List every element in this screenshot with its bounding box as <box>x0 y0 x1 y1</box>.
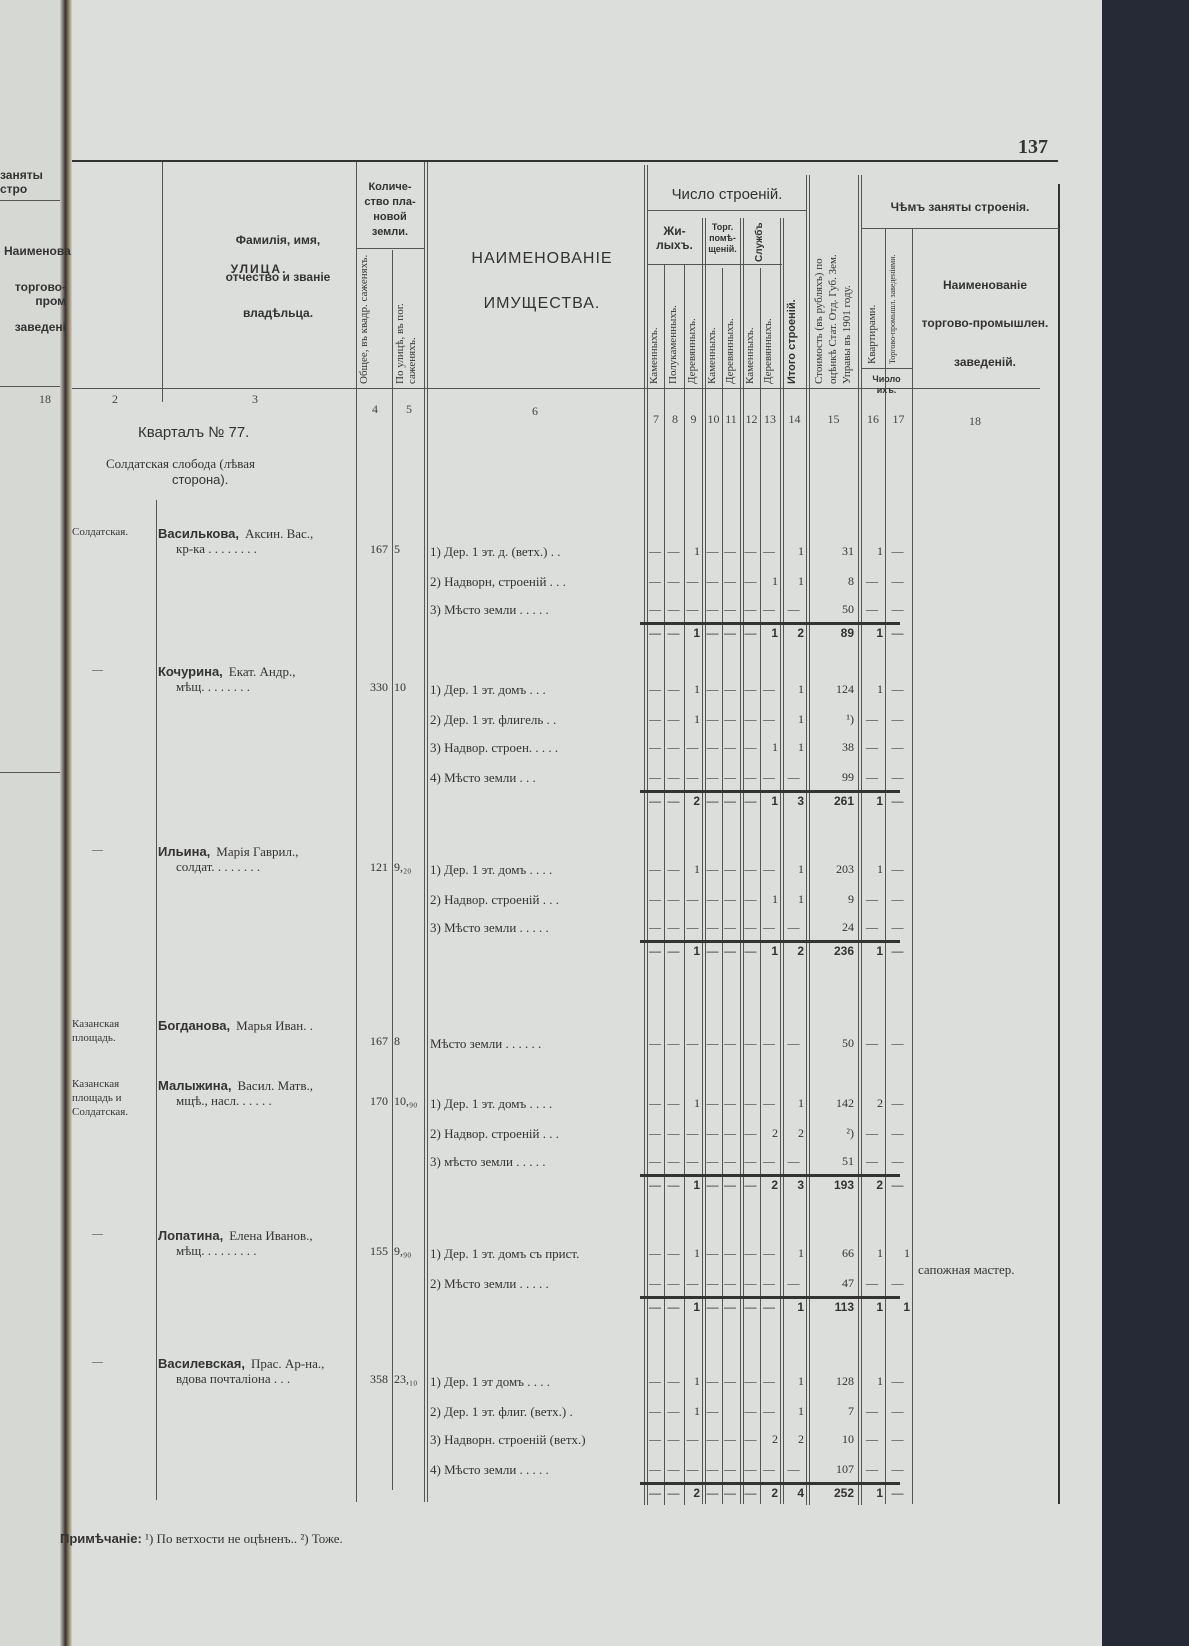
header-count-line: Чиоло <box>861 374 912 385</box>
street-name: — <box>92 844 103 856</box>
value-cell: — <box>861 1432 883 1447</box>
value-cell: 8 <box>809 574 854 589</box>
col-line <box>427 162 428 1502</box>
value-cell: — <box>665 862 682 877</box>
value-cell: — <box>665 920 682 935</box>
value-cell: — <box>685 740 700 755</box>
value-cell: — <box>705 920 720 935</box>
value-cell: — <box>885 682 910 697</box>
total-cell: — <box>665 944 682 958</box>
value-cell: — <box>685 1276 700 1291</box>
value-cell: 24 <box>809 920 854 935</box>
page-number: 137 <box>1018 136 1048 159</box>
total-cell: — <box>665 1486 682 1500</box>
value-cell: — <box>861 892 883 907</box>
left-col-fragment-3: заведені <box>4 320 66 334</box>
value-cell: — <box>743 682 758 697</box>
header-trade-name-1: Наименованіе <box>912 278 1058 292</box>
value-cell: — <box>885 1036 910 1051</box>
value-cell: 1 <box>760 892 778 907</box>
value-cell: — <box>685 1432 700 1447</box>
total-rule <box>640 790 900 793</box>
total-cell: 252 <box>809 1486 854 1500</box>
value-cell: 1 <box>783 574 804 589</box>
property-item: 2) Мѣсто земли . . . . . <box>430 1276 549 1292</box>
col-line <box>858 175 859 1505</box>
value-cell: — <box>861 602 883 617</box>
value-cell: — <box>743 1374 758 1389</box>
total-cell: 1 <box>685 944 700 958</box>
left-col-fragment-2: торгово-пром <box>0 280 66 308</box>
value-cell: 1 <box>783 862 804 877</box>
total-cell: 2 <box>760 1486 778 1500</box>
value-cell: — <box>705 602 720 617</box>
header-land-group: Количе- ство пла- новой земли. <box>356 180 424 240</box>
col-line <box>424 162 425 1502</box>
value-cell: — <box>743 862 758 877</box>
owner-surname: Василькова, <box>158 526 239 541</box>
total-cell: — <box>648 794 662 808</box>
value-cell: — <box>760 862 778 877</box>
header-trade-estab: Торгово-промышл. заведеніями. <box>888 254 897 364</box>
owner-surname: Богданова, <box>158 1018 230 1033</box>
value-cell: 38 <box>809 740 854 755</box>
value-cell: 1 <box>861 682 883 697</box>
header-wooden-res: Деревянныхъ. <box>686 318 698 384</box>
value-cell: — <box>648 1126 662 1141</box>
col-number: 7 <box>648 412 664 427</box>
street-name: Солдатская. <box>72 526 128 538</box>
total-cell: — <box>648 626 662 640</box>
value-cell: 1 <box>760 740 778 755</box>
land-street: 8 <box>394 1034 424 1049</box>
total-cell: 2 <box>685 1486 700 1500</box>
owner-given-names: Прас. Ар-на., <box>251 1356 324 1371</box>
header-total-buildings: Итого строеній. <box>786 299 798 384</box>
total-cell: — <box>743 1300 758 1314</box>
section-subtitle-2: сторона). <box>172 472 228 487</box>
value-cell: 1 <box>685 712 700 727</box>
total-rule <box>640 1174 900 1177</box>
value-cell: — <box>705 770 720 785</box>
street-name: — <box>92 1228 103 1240</box>
value-cell: — <box>648 544 662 559</box>
value-cell: 2 <box>861 1096 883 1111</box>
total-cell: 2 <box>783 626 804 640</box>
land-street: 9,₂₀ <box>394 860 424 875</box>
land-total: 358 <box>356 1372 388 1387</box>
value-cell: — <box>760 682 778 697</box>
header-property-2: ИМУЩЕСТВА. <box>440 295 644 313</box>
value-cell: — <box>760 920 778 935</box>
total-rule <box>640 1296 900 1299</box>
value-cell: — <box>760 1036 778 1051</box>
col-line <box>356 162 357 1502</box>
total-cell: 1 <box>885 1300 910 1314</box>
land-total: 330 <box>356 680 388 695</box>
total-cell: 1 <box>861 1486 883 1500</box>
total-cell: 1 <box>861 626 883 640</box>
left-col-fragment-1: Наименова <box>4 244 66 258</box>
property-item: 1) Дер. 1 эт. домъ съ прист. <box>430 1246 579 1262</box>
value-cell: — <box>885 770 910 785</box>
total-cell: 3 <box>783 1178 804 1192</box>
land-street: 10,₉₀ <box>394 1094 424 1109</box>
total-cell: 1 <box>861 944 883 958</box>
total-cell: — <box>743 1486 758 1500</box>
col-number: 6 <box>520 404 550 419</box>
value-cell: — <box>722 1374 738 1389</box>
value-cell: — <box>861 1036 883 1051</box>
header-owner-1: Фамилія, имя, <box>200 233 356 247</box>
value-cell: 1 <box>685 1374 700 1389</box>
total-rule <box>640 622 900 625</box>
value-cell: — <box>705 862 720 877</box>
property-item: 2) Дер. 1 эт. флигель . . <box>430 712 556 728</box>
section-subtitle-1: Солдатская слобода (лѣвая <box>106 456 255 472</box>
total-cell: 2 <box>760 1178 778 1192</box>
total-cell: — <box>743 944 758 958</box>
value-cell: — <box>783 602 804 617</box>
total-cell: — <box>665 1178 682 1192</box>
total-cell: — <box>885 794 910 808</box>
owner-surname: Кочурина, <box>158 664 223 679</box>
total-cell: 1 <box>685 1178 700 1192</box>
header-land-line: ство пла- <box>356 195 424 210</box>
value-cell: — <box>722 712 738 727</box>
value-cell: — <box>705 1432 720 1447</box>
value-cell: — <box>665 740 682 755</box>
value-cell: — <box>665 1154 682 1169</box>
value-cell: 10 <box>809 1432 854 1447</box>
total-cell: — <box>743 794 758 808</box>
header-residential-line: лыхъ. <box>647 238 702 252</box>
col-number: 12 <box>743 412 760 427</box>
total-cell: 193 <box>809 1178 854 1192</box>
owner-surname: Малыжина, <box>158 1078 231 1093</box>
value-cell: 50 <box>809 1036 854 1051</box>
property-item: 2) Надвор. строеній . . . <box>430 1126 559 1142</box>
owner-given-names: Аксин. Вас., <box>245 526 313 541</box>
value-cell: — <box>665 1276 682 1291</box>
value-cell: — <box>783 1462 804 1477</box>
header-halfstone-res: Полукаменныхъ. <box>667 305 679 384</box>
value-cell: — <box>665 1404 682 1419</box>
value-cell: — <box>743 892 758 907</box>
total-cell: 1 <box>861 794 883 808</box>
street-name: Казанская <box>72 1018 119 1030</box>
owner-given-names: Марія Гаврил., <box>216 844 298 859</box>
value-cell: — <box>705 1154 720 1169</box>
header-occupied-group: Чѣмъ заняты строенія. <box>861 200 1059 214</box>
value-cell: 107 <box>809 1462 854 1477</box>
land-street: 9,₉₀ <box>394 1244 424 1259</box>
value-cell: — <box>685 892 700 907</box>
value-cell: 128 <box>809 1374 854 1389</box>
section-title: Кварталъ № 77. <box>138 424 249 441</box>
total-cell: 1 <box>685 626 700 640</box>
value-cell: 1 <box>783 1246 804 1261</box>
header-property-1: НАИМЕНОВАНІЕ <box>440 250 644 268</box>
col-line <box>780 218 781 1504</box>
divider <box>0 200 60 201</box>
value-cell: — <box>722 862 738 877</box>
value-cell: — <box>722 1432 738 1447</box>
value-cell: 1 <box>685 862 700 877</box>
value-cell: — <box>861 712 883 727</box>
total-cell: — <box>705 794 720 808</box>
value-cell: — <box>885 862 910 877</box>
header-value-line: Управы въ 1901 году. <box>840 254 854 384</box>
header-value-line: оцѣнкѣ Стат. Отд. Губ. Зем. <box>826 254 840 384</box>
value-cell: — <box>665 574 682 589</box>
value-cell: — <box>760 770 778 785</box>
value-cell: — <box>705 740 720 755</box>
value-cell: — <box>665 1462 682 1477</box>
divider <box>647 210 807 211</box>
value-cell: — <box>685 920 700 935</box>
value-cell: — <box>685 770 700 785</box>
divider <box>647 264 782 265</box>
value-cell: — <box>760 1276 778 1291</box>
value-cell: 124 <box>809 682 854 697</box>
owner-rank: кр-ка . . . . . . . . <box>176 541 257 557</box>
header-residential-line: Жи- <box>647 224 702 238</box>
value-cell: 1 <box>783 1404 804 1419</box>
value-cell: — <box>648 602 662 617</box>
total-cell: — <box>885 1178 910 1192</box>
value-cell: — <box>665 892 682 907</box>
owner-rank: солдат. . . . . . . . <box>176 859 260 875</box>
property-item: 3) Мѣсто земли . . . . . <box>430 602 549 618</box>
value-cell: — <box>885 1432 910 1447</box>
header-land-line: новой <box>356 210 424 225</box>
header-land-line: Количе- <box>356 180 424 195</box>
total-cell: — <box>648 1300 662 1314</box>
value-cell: — <box>705 682 720 697</box>
header-value: Стоимость (въ рубляхъ) по оцѣнкѣ Стат. О… <box>812 254 854 384</box>
total-cell: 2 <box>685 794 700 808</box>
value-cell: — <box>885 920 910 935</box>
value-cell: — <box>665 1432 682 1447</box>
value-cell: — <box>648 1246 662 1261</box>
value-cell: — <box>722 1462 738 1477</box>
value-cell: — <box>743 1462 758 1477</box>
value-cell: — <box>885 1374 910 1389</box>
value-cell: — <box>760 1154 778 1169</box>
street-name: Солдатская. <box>72 1106 128 1118</box>
owner-rank: мѣщ. . . . . . . . <box>176 679 250 695</box>
value-cell: — <box>885 544 910 559</box>
value-cell: — <box>760 602 778 617</box>
value-cell: — <box>743 920 758 935</box>
col-line <box>806 175 807 1505</box>
value-cell: — <box>648 1096 662 1111</box>
value-cell: — <box>885 740 910 755</box>
value-cell: 2 <box>760 1432 778 1447</box>
land-street: 23,₁₀ <box>394 1372 424 1387</box>
land-total: 170 <box>356 1094 388 1109</box>
value-cell: — <box>705 1374 720 1389</box>
value-cell: 2 <box>783 1432 804 1447</box>
property-item: 3) Надвор. строен. . . . . <box>430 740 558 756</box>
header-wooden-svc: Деревянныхъ. <box>762 318 774 384</box>
table-top-border <box>72 160 1058 162</box>
col-line <box>644 165 645 1505</box>
value-cell: 66 <box>809 1246 854 1261</box>
value-cell: 1 <box>861 1374 883 1389</box>
total-cell: — <box>648 944 662 958</box>
property-item: 1) Дер. 1 эт. домъ . . . . <box>430 1096 552 1112</box>
col-number: 15 <box>809 412 858 427</box>
value-cell: — <box>885 574 910 589</box>
value-cell: — <box>648 892 662 907</box>
total-cell: — <box>722 1300 738 1314</box>
value-cell: — <box>648 1374 662 1389</box>
value-cell: — <box>685 1036 700 1051</box>
value-cell: 1 <box>685 544 700 559</box>
value-cell: — <box>885 1096 910 1111</box>
total-cell: — <box>705 1178 720 1192</box>
land-total: 167 <box>356 542 388 557</box>
value-cell: — <box>665 712 682 727</box>
property-item: 1) Дер. 1 эт. домъ . . . . <box>430 862 552 878</box>
header-count-line: ихъ. <box>861 385 912 396</box>
street-name: — <box>92 664 103 676</box>
col-number: 11 <box>722 412 740 427</box>
col-line <box>684 265 685 1505</box>
value-cell: — <box>722 892 738 907</box>
value-cell: — <box>743 1432 758 1447</box>
col-number: 5 <box>394 402 424 417</box>
value-cell: — <box>705 1246 720 1261</box>
value-cell: — <box>885 1404 910 1419</box>
value-cell: — <box>743 1276 758 1291</box>
value-cell: — <box>861 920 883 935</box>
col-number: 4 <box>360 402 390 417</box>
col-number: 13 <box>760 412 780 427</box>
value-cell: — <box>743 1126 758 1141</box>
owner-given-names: Елена Иванов., <box>229 1228 312 1243</box>
land-street: 10 <box>394 680 424 695</box>
value-cell: — <box>722 770 738 785</box>
value-cell: — <box>722 740 738 755</box>
value-cell: — <box>648 1404 662 1419</box>
value-cell: — <box>648 1154 662 1169</box>
value-cell: 1 <box>783 1096 804 1111</box>
property-item: 2) Надворн, строеній . . . <box>430 574 566 590</box>
total-cell: — <box>665 626 682 640</box>
total-rule <box>640 940 900 943</box>
background-dark <box>1095 0 1189 1646</box>
table-right-border <box>1058 184 1060 1504</box>
header-services: Службъ <box>754 222 765 262</box>
value-cell: 1 <box>783 682 804 697</box>
value-cell: 1 <box>783 740 804 755</box>
property-item: Мѣсто земли . . . . . . <box>430 1036 541 1052</box>
total-cell: — <box>743 626 758 640</box>
owner-name: Лопатина,Елена Иванов., <box>158 1228 313 1244</box>
total-cell: 2 <box>783 944 804 958</box>
value-cell: — <box>722 1246 738 1261</box>
owner-surname: Василевская, <box>158 1356 245 1371</box>
value-cell: — <box>665 544 682 559</box>
value-cell: — <box>705 712 720 727</box>
header-count: Чиоло ихъ. <box>861 374 912 396</box>
value-cell: — <box>885 1462 910 1477</box>
total-cell: — <box>665 1300 682 1314</box>
total-cell: — <box>648 1178 662 1192</box>
value-cell: — <box>722 1126 738 1141</box>
value-cell: ¹) <box>809 712 854 727</box>
header-owner-2: отчество и званіе <box>200 270 356 284</box>
property-item: 1) Дер. 1 эт. д. (ветх.) . . <box>430 544 560 560</box>
total-cell: 1 <box>760 944 778 958</box>
value-cell: — <box>685 1154 700 1169</box>
value-cell: — <box>743 712 758 727</box>
owner-given-names: Екат. Андр., <box>229 664 296 679</box>
col-number: 8 <box>666 412 684 427</box>
value-cell: — <box>885 602 910 617</box>
value-cell: — <box>885 1276 910 1291</box>
value-cell: — <box>885 1126 910 1141</box>
street-name: Казанская <box>72 1078 119 1090</box>
value-cell: — <box>760 712 778 727</box>
col-line <box>392 250 393 1490</box>
value-cell: 1 <box>685 1096 700 1111</box>
value-cell: — <box>705 1276 720 1291</box>
header-stone-res: Каменныхъ. <box>648 327 660 384</box>
owner-surname: Лопатина, <box>158 1228 223 1243</box>
property-item: 4) Мѣсто земли . . . . . <box>430 1462 549 1478</box>
value-cell: — <box>861 770 883 785</box>
value-cell: — <box>705 1404 720 1419</box>
value-cell: 1 <box>861 862 883 877</box>
value-cell: — <box>648 1276 662 1291</box>
header-stone-com: Каменныхъ. <box>706 327 718 384</box>
owner-given-names: Васил. Матв., <box>237 1078 312 1093</box>
property-item: 3) Надворн. строеній (ветх.) <box>430 1432 586 1448</box>
value-cell: — <box>648 1432 662 1447</box>
value-cell: — <box>743 1096 758 1111</box>
land-total: 167 <box>356 1034 388 1049</box>
divider <box>861 368 913 369</box>
property-item: 1) Дер. 1 эт домъ . . . . <box>430 1374 550 1390</box>
street-name: — <box>92 1356 103 1368</box>
divider <box>0 386 60 387</box>
trade-establishment-name: сапожная мастер. <box>918 1262 1014 1278</box>
header-owner-3: владѣльца. <box>200 306 356 320</box>
value-cell: — <box>665 1126 682 1141</box>
value-cell: — <box>648 1462 662 1477</box>
value-cell: — <box>861 1154 883 1169</box>
value-cell: — <box>705 1096 720 1111</box>
value-cell: — <box>722 602 738 617</box>
owner-name: Малыжина,Васил. Матв., <box>158 1078 313 1094</box>
col-line <box>912 228 913 1504</box>
value-cell: — <box>705 1462 720 1477</box>
street-name: площадь. <box>72 1032 116 1044</box>
col-number: 18 <box>960 414 990 429</box>
total-cell: 1 <box>760 626 778 640</box>
header-land-line: земли. <box>356 225 424 240</box>
value-cell: 1 <box>861 544 883 559</box>
owner-name: Василевская,Прас. Ар-на., <box>158 1356 324 1372</box>
value-cell: 1 <box>685 1246 700 1261</box>
col-line <box>760 268 761 1504</box>
header-trade-name-3: заведеній. <box>912 355 1058 369</box>
value-cell: — <box>665 1096 682 1111</box>
